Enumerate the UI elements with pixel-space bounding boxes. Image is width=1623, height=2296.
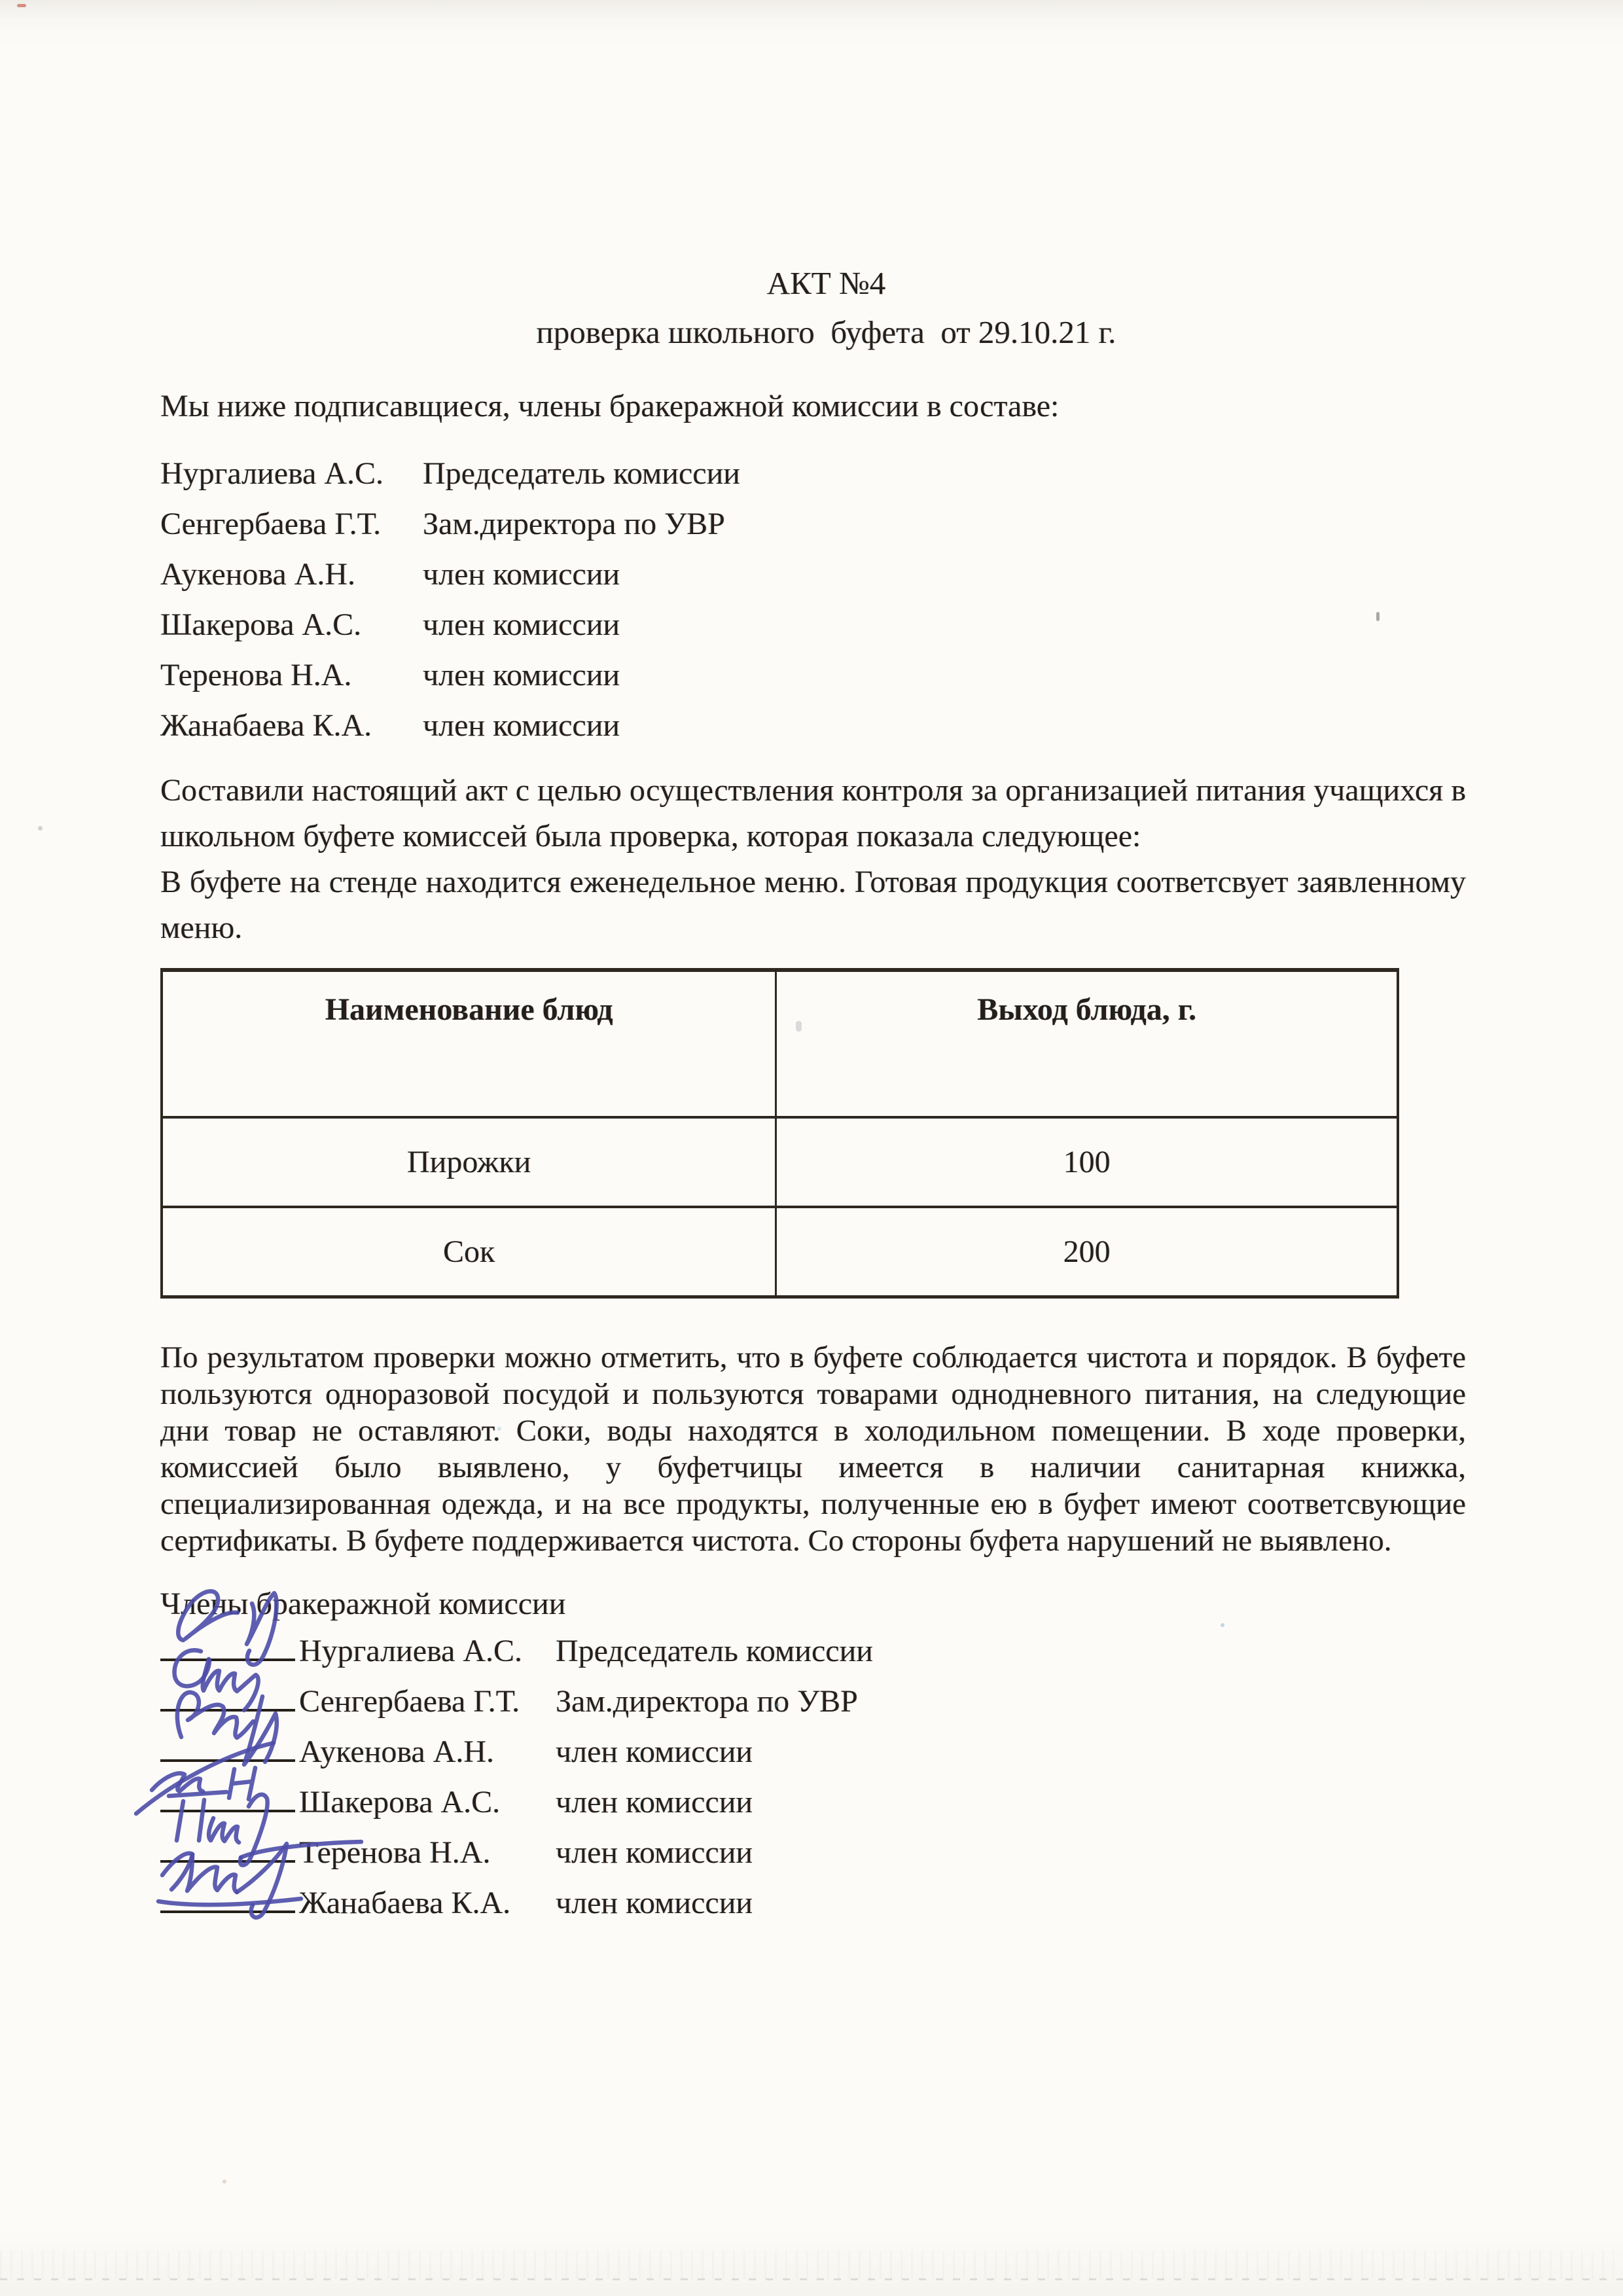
table-row: Сок 200 xyxy=(162,1207,1398,1297)
document-subtitle: проверка школьного буфета от 29.10.21 г. xyxy=(160,308,1466,357)
signature-row: Теренова Н.А.член комиссии xyxy=(160,1827,1466,1878)
results-paragraph: По результатом проверки можно отметить, … xyxy=(160,1339,1466,1559)
signatory-role: Председатель комиссии xyxy=(556,1634,873,1668)
signature-line xyxy=(160,1904,295,1913)
signatory-name: Нургалиева А.С. xyxy=(299,1626,556,1676)
member-role: Зам.директора по УВР xyxy=(423,507,725,541)
scan-speck xyxy=(776,1703,779,1707)
signatory-role: член комиссии xyxy=(556,1886,753,1920)
member-name: Шакерова А.С. xyxy=(160,600,423,650)
signatory-role: Зам.директора по УВР xyxy=(556,1684,858,1719)
scan-edge-artifact-line xyxy=(0,2278,1623,2280)
table-row: Пирожки 100 xyxy=(162,1117,1398,1207)
signatory-role: член комиссии xyxy=(556,1734,753,1769)
member-name: Сенгербаева Г.Т. xyxy=(160,499,423,549)
member-row: Аукенова А.Н.член комиссии xyxy=(160,549,1466,600)
signature-row: Нургалиева А.С.Председатель комиссии xyxy=(160,1626,1466,1676)
member-row: Сенгербаева Г.Т.Зам.директора по УВР xyxy=(160,499,1466,549)
menu-paragraph: В буфете на стенде находится еженедельно… xyxy=(160,859,1466,951)
member-row: Нургалиева А.С.Председатель комиссии xyxy=(160,448,1466,499)
scan-speck xyxy=(796,1021,802,1031)
member-name: Нургалиева А.С. xyxy=(160,448,423,499)
member-name: Аукенова А.Н. xyxy=(160,549,423,600)
purpose-paragraph: Составили настоящий акт с целью осуществ… xyxy=(160,768,1466,859)
scan-speck xyxy=(17,4,26,7)
member-role: Председатель комиссии xyxy=(423,456,740,491)
signature-row: Жанабаева К.А.член комиссии xyxy=(160,1878,1466,1928)
intro-paragraph: Мы ниже подписавщиеся, члены бракеражной… xyxy=(160,387,1466,426)
cell-dish-output: 100 xyxy=(776,1117,1398,1207)
signature-ink xyxy=(144,1815,347,1926)
cell-dish-name: Сок xyxy=(162,1207,776,1297)
scan-speck xyxy=(497,1427,501,1431)
signatory-role: член комиссии xyxy=(556,1835,753,1870)
menu-table: Наименование блюд Выход блюда, г. Пирожк… xyxy=(160,968,1399,1299)
member-role: член комиссии xyxy=(423,708,620,743)
commission-member-list: Нургалиева А.С.Председатель комиссии Сен… xyxy=(160,448,1466,751)
scanned-document-page: АКТ №4 проверка школьного буфета от 29.1… xyxy=(0,0,1623,2296)
title-block: АКТ №4 проверка школьного буфета от 29.1… xyxy=(160,259,1466,357)
signature-list: Нургалиева А.С.Председатель комиссии Сен… xyxy=(160,1626,1466,1928)
signatory-name: Сенгербаева Г.Т. xyxy=(299,1676,556,1727)
member-name: Теренова Н.А. xyxy=(160,650,423,700)
scan-speck xyxy=(223,2179,226,2183)
menu-table-header-row: Наименование блюд Выход блюда, г. xyxy=(162,970,1398,1117)
member-name: Жанабаева К.А. xyxy=(160,700,423,751)
member-role: член комиссии xyxy=(423,557,620,592)
header-dish-name: Наименование блюд xyxy=(162,970,776,1117)
header-dish-output: Выход блюда, г. xyxy=(776,970,1398,1117)
member-row: Теренова Н.А.член комиссии xyxy=(160,650,1466,700)
signature-row: Сенгербаева Г.Т.Зам.директора по УВР xyxy=(160,1676,1466,1727)
signatures-heading: Члены бракеражной комиссии xyxy=(160,1585,1466,1623)
scan-edge-artifact-bottom xyxy=(0,2250,1623,2279)
scan-speck xyxy=(1221,1623,1224,1627)
signatory-role: член комиссии xyxy=(556,1785,753,1820)
member-role: член комиссии xyxy=(423,607,620,642)
cell-dish-output: 200 xyxy=(776,1207,1398,1297)
member-row: Жанабаева К.А.член комиссии xyxy=(160,700,1466,751)
cell-dish-name: Пирожки xyxy=(162,1117,776,1207)
scan-edge-artifact-top xyxy=(0,0,1623,20)
scan-speck xyxy=(38,826,43,831)
document-title: АКТ №4 xyxy=(160,259,1466,308)
scan-speck xyxy=(1376,612,1380,621)
member-role: член комиссии xyxy=(423,658,620,692)
member-row: Шакерова А.С.член комиссии xyxy=(160,600,1466,650)
document-content: АКТ №4 проверка школьного буфета от 29.1… xyxy=(160,259,1466,1928)
